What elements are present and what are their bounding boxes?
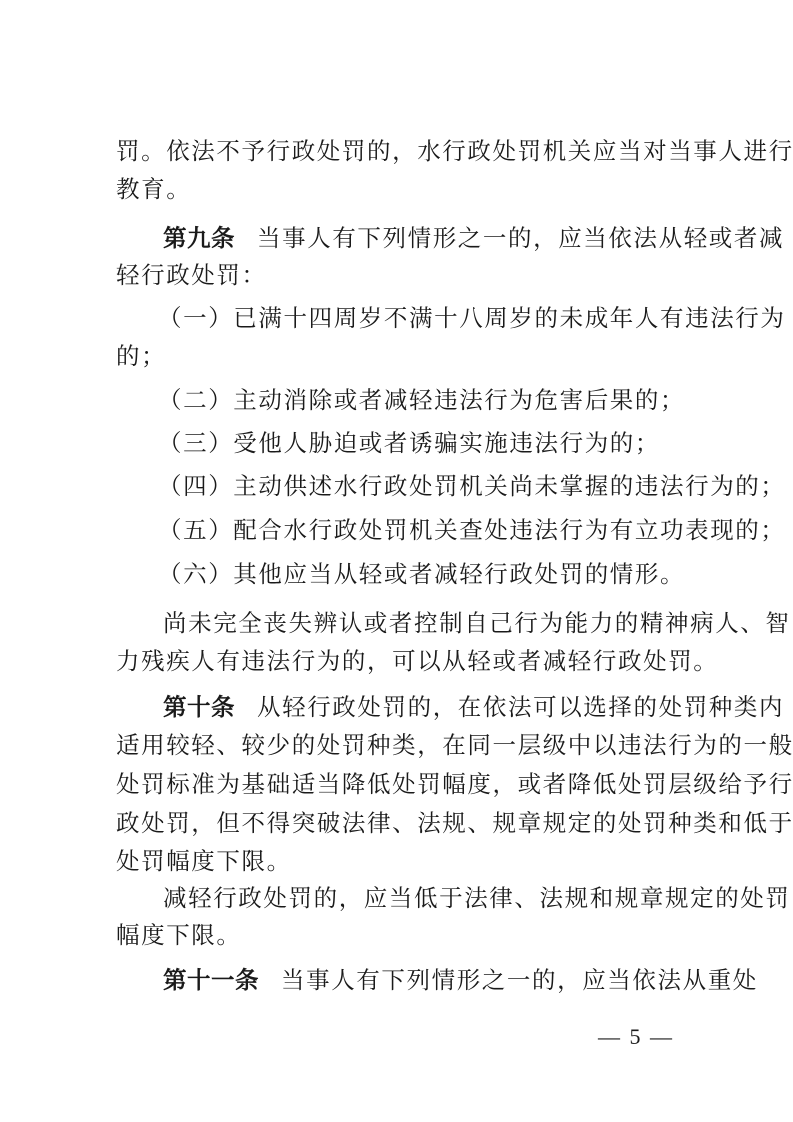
article-10-line: 第十条从轻行政处罚的，在依法可以选择的处罚种类内 xyxy=(163,692,688,722)
paragraph-line: 处罚幅度下限。 xyxy=(116,846,688,876)
article-11-text: 当事人有下列情形之一的，应当依法从重处 xyxy=(281,966,758,994)
list-item-1: （一）已满十四周岁不满十八周岁的未成年人有违法行为 xyxy=(158,303,730,333)
list-item-4: （四）主动供述水行政处罚机关尚未掌握的违法行为的； xyxy=(158,471,730,501)
paragraph-line: 适用较轻、较少的处罚种类，在同一层级中以违法行为的一般 xyxy=(116,730,688,760)
paragraph-line: 罚。依法不予行政处罚的，水行政处罚机关应当对当事人进行 xyxy=(116,136,688,166)
paragraph-line: 尚未完全丧失辨认或者控制自己行为能力的精神病人、智 xyxy=(163,608,688,638)
article-10-text: 从轻行政处罚的，在依法可以选择的处罚种类内 xyxy=(257,693,784,721)
paragraph-line: 轻行政处罚： xyxy=(116,260,688,290)
paragraph-line: 教育。 xyxy=(116,174,688,204)
paragraph-line: 减轻行政处罚的，应当低于法律、法规和规章规定的处罚 xyxy=(163,883,688,913)
article-9-heading: 第九条 xyxy=(163,224,235,252)
page-number: — 5 — xyxy=(598,1022,674,1052)
list-item-6: （六）其他应当从轻或者减轻行政处罚的情形。 xyxy=(158,559,730,589)
paragraph-line: 处罚标准为基础适当降低处罚幅度，或者降低处罚层级给予行 xyxy=(116,769,688,799)
paragraph-line: 幅度下限。 xyxy=(116,920,688,950)
paragraph-line: 政处罚，但不得突破法律、法规、规章规定的处罚种类和低于 xyxy=(116,808,688,838)
article-11-heading: 第十一条 xyxy=(163,966,259,994)
list-item-5: （五）配合水行政处罚机关查处违法行为有立功表现的； xyxy=(158,515,730,545)
article-10-heading: 第十条 xyxy=(163,693,235,721)
article-9-text: 当事人有下列情形之一的，应当依法从轻或者减 xyxy=(257,224,784,252)
paragraph-line: 力残疾人有违法行为的，可以从轻或者减轻行政处罚。 xyxy=(116,646,688,676)
list-item-3: （三）受他人胁迫或者诱骗实施违法行为的； xyxy=(158,428,730,458)
article-9-line: 第九条当事人有下列情形之一的，应当依法从轻或者减 xyxy=(163,223,688,253)
paragraph-line: 的； xyxy=(116,341,688,371)
list-item-2: （二）主动消除或者减轻违法行为危害后果的； xyxy=(158,385,730,415)
article-11-line: 第十一条当事人有下列情形之一的，应当依法从重处 xyxy=(163,965,688,995)
document-page: 罚。依法不予行政处罚的，水行政处罚机关应当对当事人进行 教育。 第九条当事人有下… xyxy=(0,0,793,1122)
